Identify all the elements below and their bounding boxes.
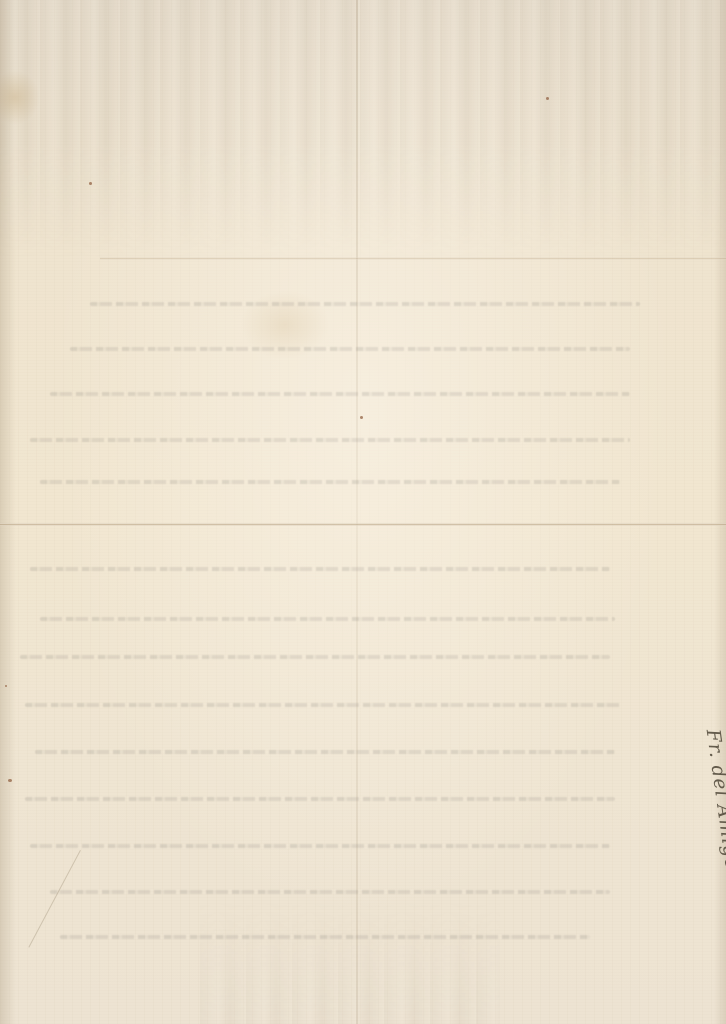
bleed-line bbox=[20, 655, 610, 659]
bleed-line bbox=[30, 438, 630, 442]
ink-speck bbox=[360, 416, 363, 419]
bleed-line bbox=[25, 797, 615, 801]
lower-fold-line bbox=[0, 523, 726, 526]
bleed-line bbox=[25, 703, 620, 707]
bleed-line bbox=[50, 890, 610, 894]
bleed-line bbox=[70, 347, 630, 351]
manuscript-page: Fr. del Amigo bbox=[0, 0, 726, 1024]
bleed-line bbox=[90, 302, 640, 306]
top-wrinkles bbox=[0, 0, 726, 260]
bleed-line bbox=[35, 750, 615, 754]
vertical-fold bbox=[356, 0, 358, 1024]
ink-speck bbox=[5, 685, 7, 687]
bleed-line bbox=[60, 935, 590, 939]
upper-fold-line bbox=[100, 257, 726, 260]
ink-speck bbox=[89, 182, 92, 185]
bleed-line bbox=[40, 480, 620, 484]
bottom-wrinkles bbox=[200, 900, 500, 1024]
bleed-line bbox=[30, 567, 610, 571]
bleed-line bbox=[40, 617, 615, 621]
bleed-line bbox=[30, 844, 610, 848]
marginal-annotation: Fr. del Amigo bbox=[684, 728, 726, 852]
ink-speck bbox=[8, 779, 12, 782]
paper-crease bbox=[28, 850, 81, 948]
bleed-line bbox=[50, 392, 630, 396]
ink-speck bbox=[546, 97, 549, 100]
